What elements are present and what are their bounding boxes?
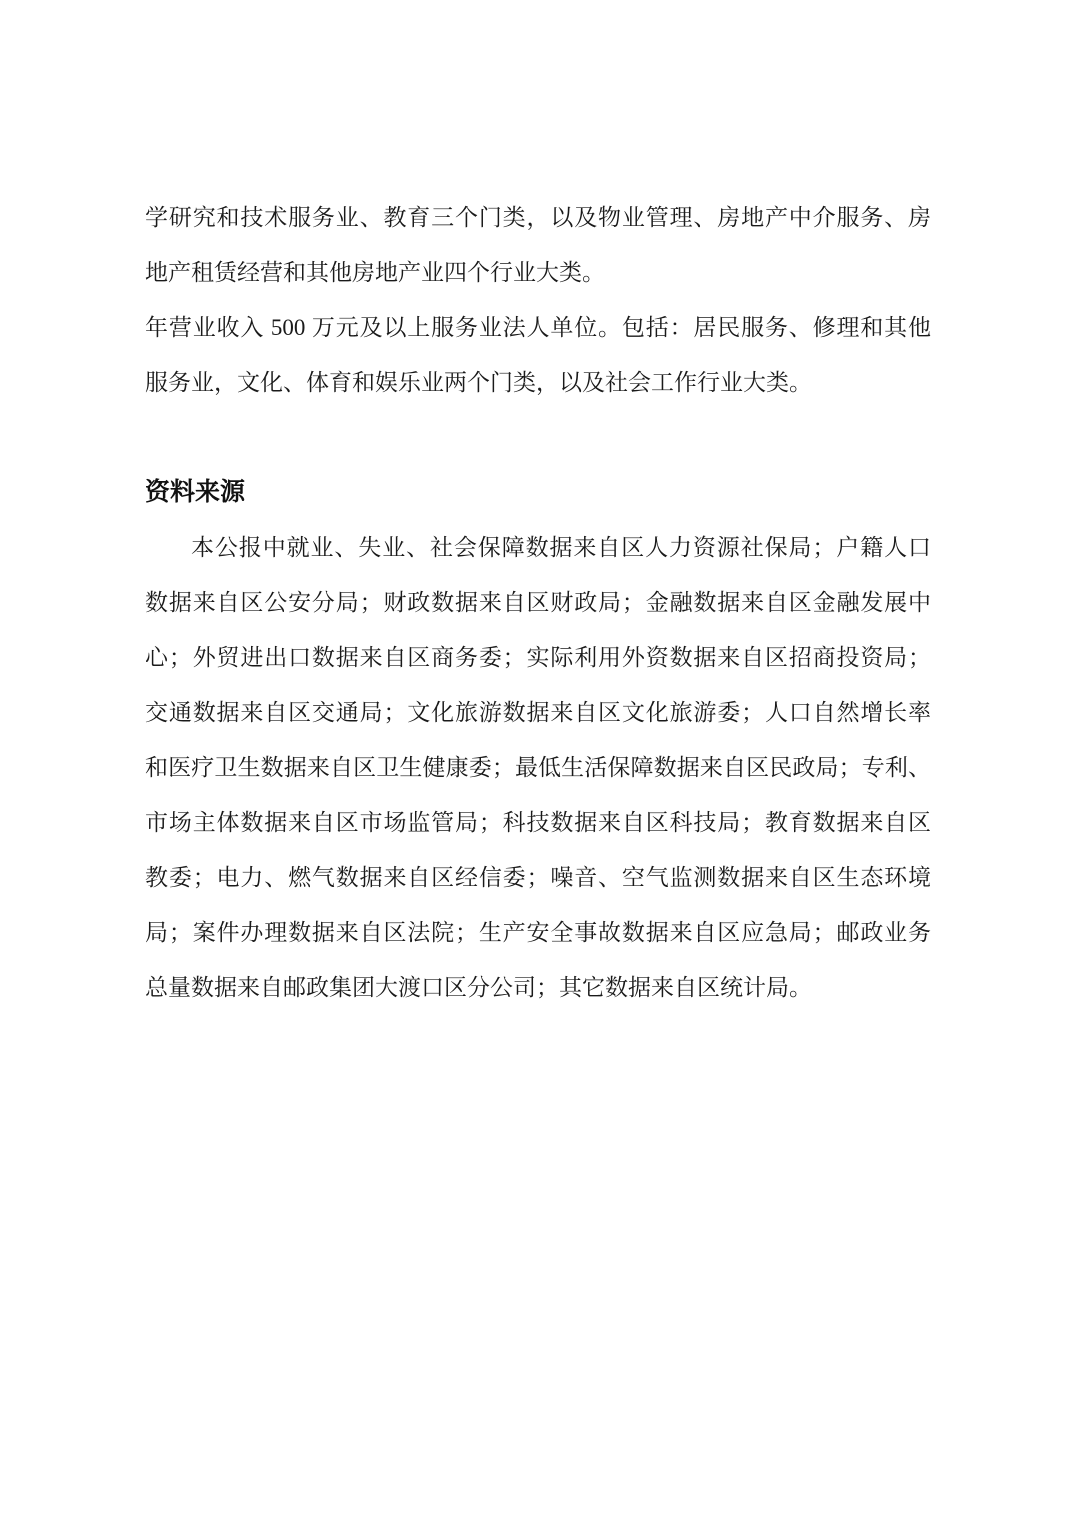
paragraph-line: 学研究和技术服务业、教育三个门类，以及物业管理、房地产中介服务、房 bbox=[145, 190, 931, 245]
paragraph-line: 和医疗卫生数据来自区卫生健康委；最低生活保障数据来自区民政局；专利、 bbox=[145, 740, 931, 795]
document-content: 学研究和技术服务业、教育三个门类，以及物业管理、房地产中介服务、房 地产租赁经营… bbox=[145, 190, 931, 1015]
paragraph-line: 交通数据来自区交通局；文化旅游数据来自区文化旅游委；人口自然增长率 bbox=[145, 685, 931, 740]
paragraph-line: 总量数据来自邮政集团大渡口区分公司；其它数据来自区统计局。 bbox=[145, 960, 931, 1015]
paragraph-line: 本公报中就业、失业、社会保障数据来自区人力资源社保局；户籍人口 bbox=[145, 520, 931, 575]
paragraph-line: 市场主体数据来自区市场监管局；科技数据来自区科技局；教育数据来自区 bbox=[145, 795, 931, 850]
paragraph-revenue-threshold: 年营业收入 500 万元及以上服务业法人单位。包括：居民服务、修理和其他 服务业… bbox=[145, 300, 931, 410]
paragraph-line: 服务业，文化、体育和娱乐业两个门类，以及社会工作行业大类。 bbox=[145, 355, 931, 410]
paragraph-data-sources: 本公报中就业、失业、社会保障数据来自区人力资源社保局；户籍人口 数据来自区公安分… bbox=[145, 520, 931, 1015]
paragraph-line: 地产租赁经营和其他房地产业四个行业大类。 bbox=[145, 245, 931, 300]
paragraph-line: 局；案件办理数据来自区法院；生产安全事故数据来自区应急局；邮政业务 bbox=[145, 905, 931, 960]
paragraph-line: 心；外贸进出口数据来自区商务委；实际利用外资数据来自区招商投资局； bbox=[145, 630, 931, 685]
sources-section-heading: 资料来源 bbox=[145, 465, 931, 520]
paragraph-line: 数据来自区公安分局；财政数据来自区财政局；金融数据来自区金融发展中 bbox=[145, 575, 931, 630]
paragraph-spacer bbox=[145, 410, 931, 465]
document-page: 学研究和技术服务业、教育三个门类，以及物业管理、房地产中介服务、房 地产租赁经营… bbox=[0, 0, 1074, 1520]
paragraph-line: 年营业收入 500 万元及以上服务业法人单位。包括：居民服务、修理和其他 bbox=[145, 300, 931, 355]
paragraph-line: 教委；电力、燃气数据来自区经信委；噪音、空气监测数据来自区生态环境 bbox=[145, 850, 931, 905]
paragraph-service-industry: 学研究和技术服务业、教育三个门类，以及物业管理、房地产中介服务、房 地产租赁经营… bbox=[145, 190, 931, 300]
